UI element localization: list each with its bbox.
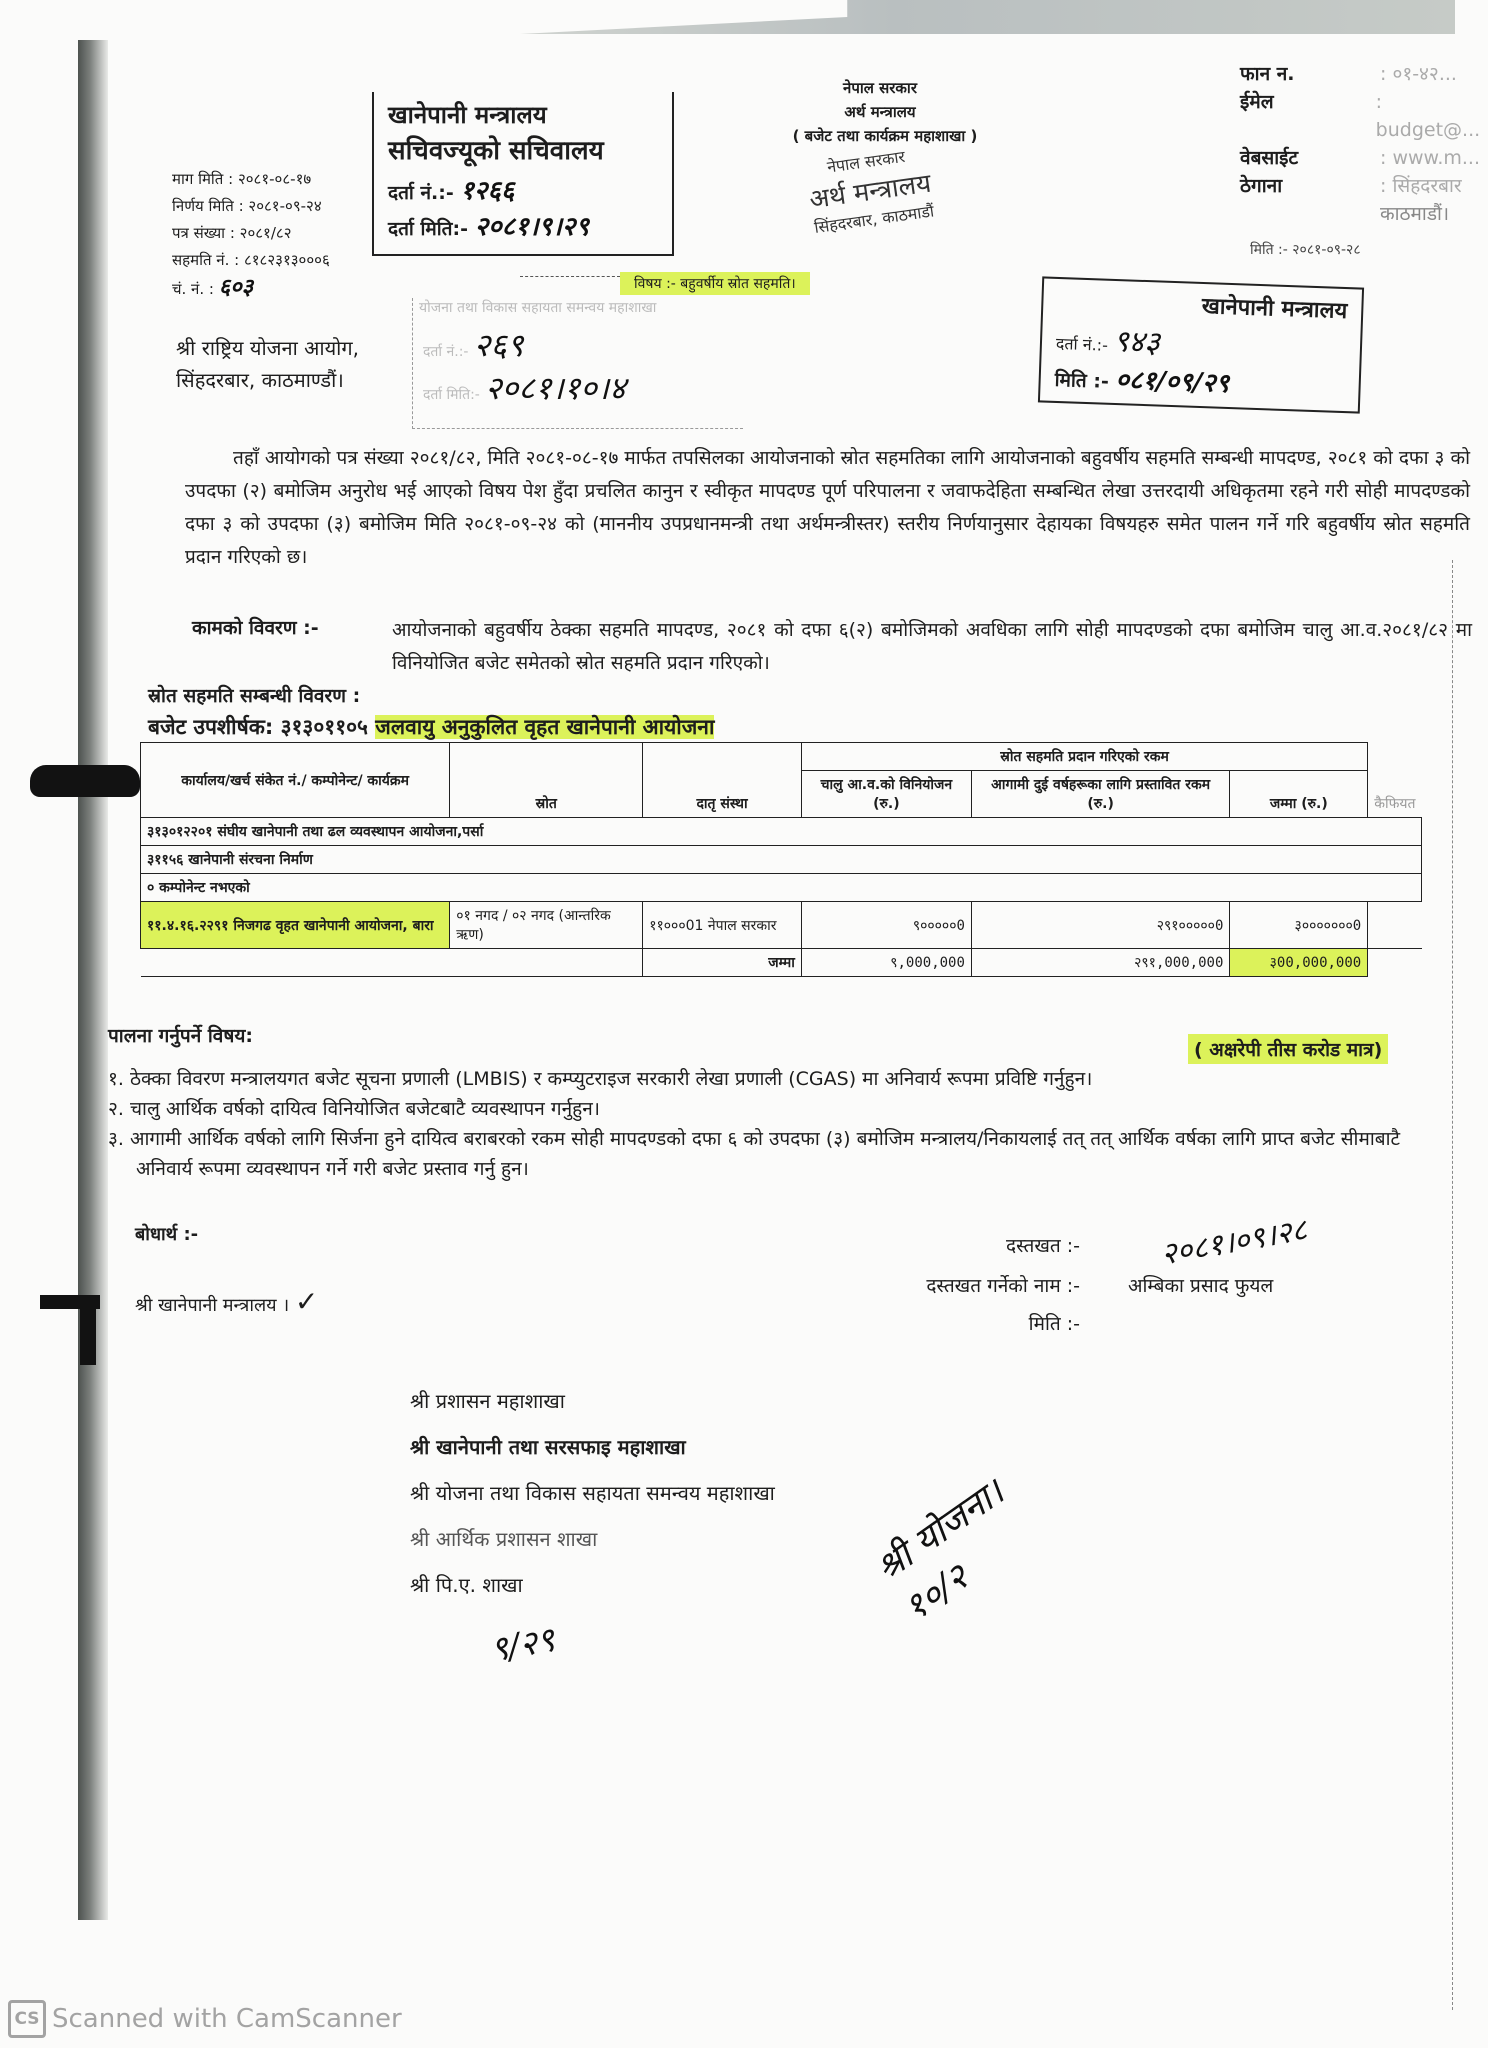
subject-underline	[520, 276, 620, 277]
ministry-name: अर्थ मन्त्रालय	[740, 100, 1020, 124]
col-group-amount: स्रोत सहमति प्रदान गरिएको रकम	[801, 743, 1367, 771]
table-row: ० कम्पोनेन्ट नभएको	[141, 874, 1422, 902]
scan-binding-shadow	[78, 40, 108, 1920]
body-paragraph: तहाँ आयोगको पत्र संख्या २०८१/८२, मिति २०…	[185, 442, 1470, 574]
compliance-item: २. चालु आर्थिक वर्षको दायित्व विनियोजित …	[108, 1094, 1438, 1124]
cc-list: श्री प्रशासन महाशाखा श्री खानेपानी तथा स…	[410, 1378, 775, 1608]
cc-item: श्री खानेपानी तथा सरसफाइ महाशाखा	[410, 1424, 775, 1470]
compliance-item: १. ठेक्का विवरण मन्त्रालयगत बजेट सूचना प…	[108, 1064, 1438, 1094]
compliance-title: पालना गर्नुपर्ने विषय:	[108, 1022, 253, 1048]
col-source: स्रोत	[450, 743, 643, 818]
division-name: ( बजेट तथा कार्यक्रम महाशाखा )	[745, 126, 1025, 146]
dispatch-number: चं. नं. : ६०३	[172, 274, 330, 303]
table-row: ३११५६ खानेपानी संरचना निर्माण	[141, 846, 1422, 874]
subject-line: विषय :- बहुवर्षीय स्रोत सहमति।	[620, 272, 810, 295]
work-label: कामको विवरण :-	[192, 614, 319, 640]
registration-stamp-secretary: खानेपानी मन्त्रालय सचिवज्यूको सचिवालय दर…	[372, 92, 674, 256]
recipient-address: श्री राष्ट्रिय योजना आयोग, सिंहदरबार, का…	[176, 332, 359, 396]
decision-date: निर्णय मिति : २०८१-०९-२४	[172, 193, 330, 220]
checkmark-icon: ✓	[295, 1285, 318, 1318]
letter-number: पत्र संख्या : २०८१/८२	[172, 220, 330, 247]
col-next-two-years: आगामी दुई वर्षहरूका लागि प्रस्तावित रकम …	[971, 771, 1229, 818]
office-seal: नेपाल सरकार अर्थ मन्त्रालय सिंहदरबार, का…	[770, 137, 969, 243]
source-section-title: स्रोत सहमति सम्बन्धी विवरण :	[148, 682, 360, 708]
col-total: जम्मा (रु.)	[1230, 771, 1368, 818]
cc-item: श्री पि.ए. शाखा	[410, 1562, 775, 1608]
registration-stamp-ministry: खानेपानी मन्त्रालय दर्ता नं.:- ९४३ मिति …	[1038, 276, 1364, 413]
table-row: ११.४.१६.२२९१ निजगढ वृहत खानेपानी आयोजना,…	[141, 902, 1422, 949]
signer-name: अम्बिका प्रसाद फुयल	[1128, 1272, 1273, 1298]
binder-clip-mark	[80, 1295, 96, 1365]
cc-item: श्री आर्थिक प्रशासन शाखा	[410, 1516, 775, 1562]
compliance-item: ३. आगामी आर्थिक वर्षको लागि सिर्जना हुने…	[108, 1124, 1438, 1184]
letterhead: नेपाल सरकार अर्थ मन्त्रालय	[740, 76, 1020, 124]
info-label: बोधार्थ :-	[135, 1222, 198, 1246]
binder-clip-mark	[30, 765, 140, 797]
cc-item: श्री योजना तथा विकास सहायता समन्वय महाशा…	[410, 1470, 775, 1516]
col-current-year: चालु आ.व.को विनियोजन (रु.)	[801, 771, 971, 818]
govt-name: नेपाल सरकार	[740, 76, 1020, 100]
request-date: माग मिति : २०८१-०८-१७	[172, 166, 330, 193]
col-donor: दातृ संस्था	[643, 743, 802, 818]
work-description: आयोजनाको बहुवर्षीय ठेक्का सहमति मापदण्ड,…	[392, 614, 1472, 680]
registration-stamp-npc: योजना तथा विकास सहायता समन्वय महाशाखा दर…	[412, 298, 743, 429]
handwritten-note-left: ९/२९	[486, 1615, 558, 1672]
table-row: ३१३०१२२०१ संघीय खानेपानी तथा ढल व्यवस्था…	[141, 818, 1422, 846]
letter-meta: माग मिति : २०८१-०८-१७ निर्णय मिति : २०८१…	[172, 166, 330, 303]
camscanner-watermark: CS Scanned with CamScanner	[8, 2000, 402, 2038]
budget-head-name: जलवायु अनुकुलित वृहत खानेपानी आयोजना	[375, 715, 714, 739]
col-remarks: कैफियत	[1368, 743, 1422, 818]
handwritten-signature: २०८१।०९।२८	[1158, 1208, 1310, 1274]
source-consent-table: कार्यालय/खर्च संकेत नं./ कम्पोनेन्ट/ कार…	[140, 742, 1422, 977]
signer-name-label: दस्तखत गर्नेको नाम :-	[820, 1272, 1080, 1298]
fold-line	[1452, 560, 1453, 2010]
contact-block: फान न.: ०१-४२... ईमेल: budget@... वेबसाई…	[1240, 60, 1488, 228]
table-total-row: जम्मा ९,000,000 २९१,000,000 ३00,000,000	[141, 949, 1422, 977]
sign-date-label: मिति :-	[960, 1310, 1080, 1336]
consent-number: सहमति नं. : ८१८२३१३०००६	[172, 247, 330, 274]
handwritten-note-right: श्री योजना। १०/२	[865, 1467, 1041, 1631]
camscanner-logo-icon: CS	[8, 2000, 46, 2038]
cc-item: श्री प्रशासन महाशाखा	[410, 1378, 775, 1424]
letter-date: मिति :- २०८१-०९-२८	[1250, 240, 1361, 259]
budget-head: बजेट उपशीर्षक: ३१३०११०५ जलवायु अनुकुलित …	[148, 713, 714, 741]
col-office: कार्यालय/खर्च संकेत नं./ कम्पोनेन्ट/ कार…	[141, 743, 450, 818]
amount-in-words: ( अक्षरेपी तीस करोड मात्र)	[1188, 1034, 1388, 1064]
compliance-list: १. ठेक्का विवरण मन्त्रालयगत बजेट सूचना प…	[108, 1064, 1438, 1184]
signature-label: दस्तखत :-	[960, 1232, 1080, 1258]
info-recipient: श्री खानेपानी मन्त्रालय । ✓	[135, 1285, 318, 1318]
scan-edge	[520, 0, 1455, 34]
